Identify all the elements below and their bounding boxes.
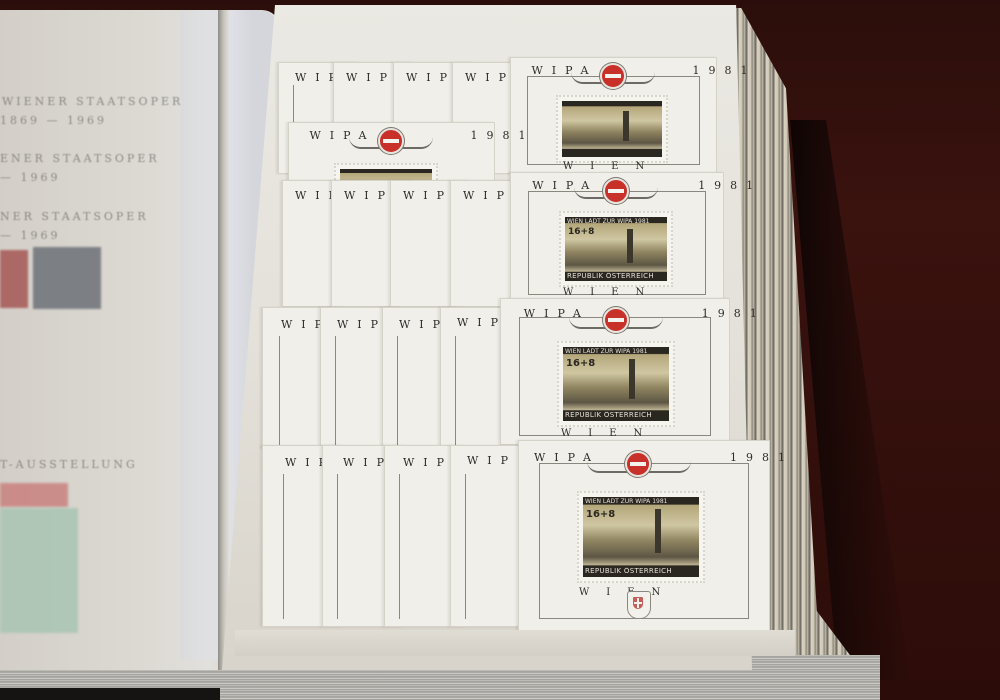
heading-years: — 1969	[0, 229, 149, 242]
sheet-title: WIP	[467, 454, 517, 467]
sheet-title: WIP	[344, 189, 394, 202]
left-heading-1: WIENER STAATSOPER 1869 — 1969	[0, 95, 183, 127]
stamp-wien-wipa-1981: WIEN LÄDT ZUR WIPA 1981 16+8 REPUBLIK ÖS…	[557, 341, 675, 427]
sheet-title: WIP	[465, 71, 515, 84]
wipa-souvenir-sheet-3: WIPA1981 WIEN LÄDT ZUR WIPA 1981 16+8 RE…	[510, 172, 724, 304]
stamp-value: 16+8	[586, 509, 615, 520]
heading-years: 1869 — 1969	[0, 114, 183, 127]
title-year: 1981	[702, 307, 766, 320]
stamp-wien-wipa-1981	[556, 95, 668, 163]
frame-line	[465, 474, 466, 619]
sheet-wien-text: WIEN	[563, 161, 661, 172]
title-year: 1981	[471, 129, 535, 142]
frame-line	[397, 336, 398, 446]
book-cover-edge	[0, 688, 220, 700]
stamp-top-text: WIEN LÄDT ZUR WIPA 1981	[567, 218, 665, 225]
sheet-title: WIP	[337, 318, 387, 331]
stamp-green-block	[0, 508, 78, 633]
sheet-title: WIP	[346, 71, 396, 84]
frame-line	[283, 474, 284, 619]
austria-emblem-icon	[579, 445, 699, 483]
sheet-title: WIP	[463, 189, 513, 202]
stamp-bottom-text: REPUBLIK ÖSTERREICH	[585, 567, 697, 575]
wipa-souvenir-sheet-2: WIPA1981	[288, 122, 495, 184]
austria-emblem-icon	[341, 125, 441, 155]
austria-emblem-icon	[561, 303, 671, 337]
stamp-bottom-text: REPUBLIK ÖSTERREICH	[565, 411, 667, 419]
frame-line	[337, 474, 338, 619]
stamp-top-text: WIEN LÄDT ZUR WIPA 1981	[565, 348, 667, 355]
stamp-red-strip	[0, 483, 68, 507]
frame-line	[399, 474, 400, 619]
book-spine-gutter	[218, 10, 230, 670]
heading-text: ENER STAATSOPER	[0, 152, 160, 165]
title-year: 1981	[693, 64, 757, 77]
sheet-wien-text: WIEN	[561, 428, 659, 439]
left-heading-4: T-AUSSTELLUNG	[0, 458, 138, 471]
title-year: 1981	[730, 451, 794, 464]
stamp-wien-wipa-1981: WIEN LÄDT ZUR WIPA 1981 16+8 REPUBLIK ÖS…	[559, 211, 673, 287]
stamp-value: 16+8	[568, 227, 594, 237]
austria-emblem-icon	[563, 60, 663, 90]
austria-emblem-icon	[566, 175, 666, 205]
heading-text: WIENER STAATSOPER	[0, 95, 183, 108]
stamp-wien-wipa-1981: WIEN LÄDT ZUR WIPA 1981 16+8 REPUBLIK ÖS…	[577, 491, 705, 583]
left-heading-3: NER STAATSOPER — 1969	[0, 210, 149, 242]
left-heading-2: ENER STAATSOPER — 1969	[0, 152, 160, 184]
frame-line	[279, 336, 280, 446]
title-year: 1981	[698, 179, 762, 192]
wipa-souvenir-sheet-4: WIPA1981 WIEN LÄDT ZUR WIPA 1981 16+8 RE…	[500, 298, 730, 445]
frame-line	[335, 336, 336, 446]
album-page-bottom-margin	[235, 630, 795, 656]
sheet-title: WIP	[403, 456, 453, 469]
heading-years: — 1969	[0, 171, 160, 184]
sheet-title: WIP	[403, 189, 453, 202]
frame-line	[455, 336, 456, 446]
stamp-value: 16+8	[566, 358, 595, 369]
stamp-red-opera	[0, 250, 28, 308]
wipa-souvenir-sheet-1: WIPA1981 WIEN	[510, 57, 717, 174]
vienna-coat-of-arms-icon	[627, 591, 651, 619]
sheet-title: WIP	[406, 71, 456, 84]
stamp-bottom-text: REPUBLIK ÖSTERREICH	[567, 272, 665, 280]
sheet-wien-text: WIEN	[563, 287, 661, 298]
stamp-grey-portrait	[33, 247, 101, 309]
wipa-souvenir-sheet-5: WIPA1981 WIEN LÄDT ZUR WIPA 1981 16+8 RE…	[518, 440, 770, 632]
heading-text: NER STAATSOPER	[0, 210, 149, 223]
stamp-top-text: WIEN LÄDT ZUR WIPA 1981	[585, 498, 697, 505]
